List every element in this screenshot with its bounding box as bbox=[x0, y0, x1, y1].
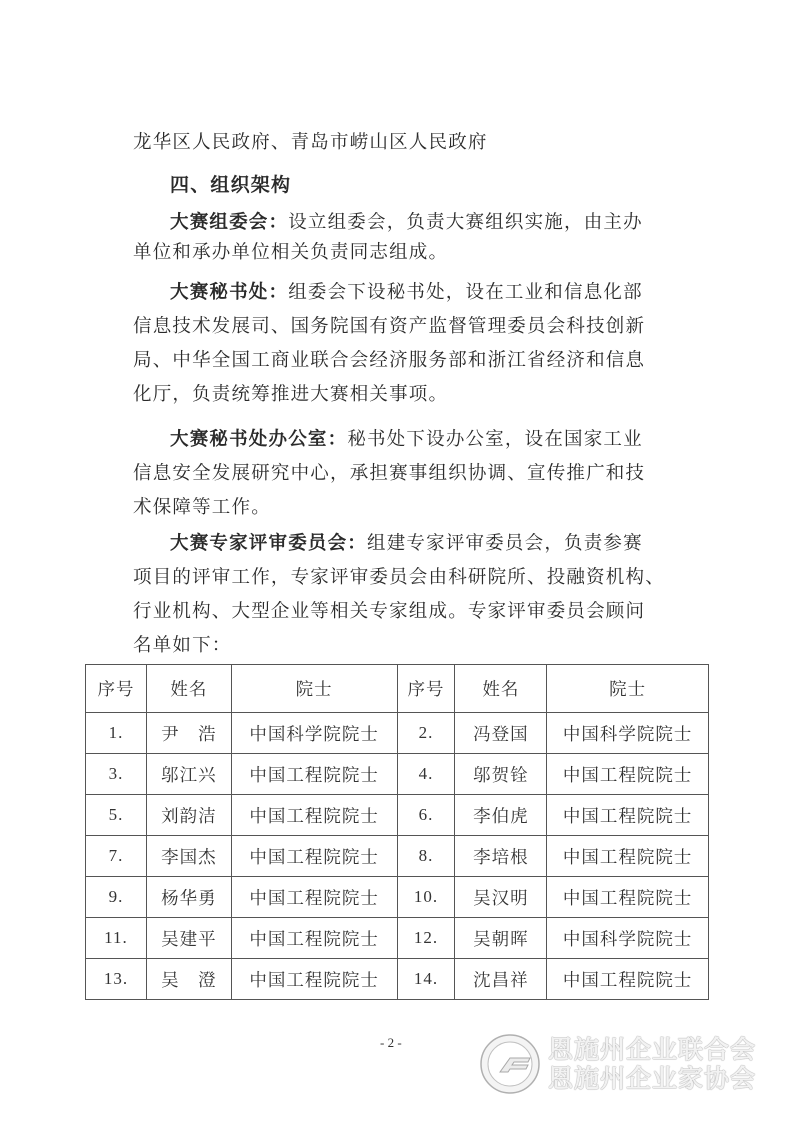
term-label: 大赛秘书处： bbox=[170, 282, 288, 303]
term-label: 大赛专家评审委员会： bbox=[170, 533, 367, 554]
paragraph-line: 化厅，负责统筹推进大赛相关事项。 bbox=[133, 383, 448, 407]
header-index: 序号 bbox=[86, 665, 147, 713]
paragraph-line: 术保障等工作。 bbox=[133, 496, 271, 520]
paragraph-line: 局、中华全国工商业联合会经济服务部和浙江省经济和信息 bbox=[133, 349, 645, 373]
cell-index: 12. bbox=[397, 918, 455, 959]
cell-name: 邬江兴 bbox=[146, 754, 231, 795]
table-row: 5. 刘韵洁 中国工程院院士 6. 李伯虎 中国工程院院士 bbox=[86, 795, 709, 836]
cell-academician: 中国工程院院士 bbox=[547, 877, 709, 918]
paragraph-organizing-committee: 大赛组委会：设立组委会，负责大赛组织实施，由主办 bbox=[170, 211, 643, 235]
paragraph-expert-committee: 大赛专家评审委员会：组建专家评审委员会，负责参赛 bbox=[170, 532, 643, 556]
header-index: 序号 bbox=[397, 665, 455, 713]
cell-name: 刘韵洁 bbox=[146, 795, 231, 836]
cell-index: 3. bbox=[86, 754, 147, 795]
cell-index: 8. bbox=[397, 836, 455, 877]
cell-index: 13. bbox=[86, 959, 147, 1000]
cell-name: 吴汉明 bbox=[455, 877, 547, 918]
cell-academician: 中国工程院院士 bbox=[231, 836, 397, 877]
cell-name: 尹 浩 bbox=[146, 713, 231, 754]
cell-academician: 中国科学院院士 bbox=[231, 713, 397, 754]
paragraph-line: 信息技术发展司、国务院国有资产监督管理委员会科技创新 bbox=[133, 315, 645, 339]
cell-name: 冯登国 bbox=[455, 713, 547, 754]
table-row: 7. 李国杰 中国工程院院士 8. 李培根 中国工程院院士 bbox=[86, 836, 709, 877]
table-row: 3. 邬江兴 中国工程院院士 4. 邬贺铨 中国工程院院士 bbox=[86, 754, 709, 795]
cell-academician: 中国工程院院士 bbox=[231, 877, 397, 918]
table-row: 11. 吴建平 中国工程院院士 12. 吴朝晖 中国科学院院士 bbox=[86, 918, 709, 959]
cell-academician: 中国工程院院士 bbox=[547, 795, 709, 836]
watermark: 恩施州企业联合会 恩施州企业家协会 bbox=[478, 1032, 756, 1096]
section-heading: 四、组织架构 bbox=[170, 173, 291, 197]
cell-index: 9. bbox=[86, 877, 147, 918]
watermark-line1: 恩施州企业联合会 bbox=[548, 1035, 756, 1064]
header-academician: 院士 bbox=[547, 665, 709, 713]
table-row: 1. 尹 浩 中国科学院院士 2. 冯登国 中国科学院院士 bbox=[86, 713, 709, 754]
table-header-row: 序号 姓名 院士 序号 姓名 院士 bbox=[86, 665, 709, 713]
cell-index: 10. bbox=[397, 877, 455, 918]
paragraph-line: 单位和承办单位相关负责同志组成。 bbox=[133, 241, 448, 265]
cell-name: 李培根 bbox=[455, 836, 547, 877]
cell-academician: 中国科学院院士 bbox=[547, 918, 709, 959]
header-name: 姓名 bbox=[455, 665, 547, 713]
cell-name: 李伯虎 bbox=[455, 795, 547, 836]
header-academician: 院士 bbox=[231, 665, 397, 713]
paragraph-secretariat: 大赛秘书处：组委会下设秘书处，设在工业和信息化部 bbox=[170, 281, 643, 305]
paragraph-secretariat-office: 大赛秘书处办公室：秘书处下设办公室，设在国家工业 bbox=[170, 428, 643, 452]
cell-index: 2. bbox=[397, 713, 455, 754]
cell-academician: 中国工程院院士 bbox=[231, 754, 397, 795]
term-label: 大赛秘书处办公室： bbox=[170, 429, 347, 450]
cell-index: 1. bbox=[86, 713, 147, 754]
cell-academician: 中国工程院院士 bbox=[547, 959, 709, 1000]
paragraph-line: 信息安全发展研究中心，承担赛事组织协调、宣传推广和技 bbox=[133, 462, 645, 486]
table-row: 9. 杨华勇 中国工程院院士 10. 吴汉明 中国工程院院士 bbox=[86, 877, 709, 918]
cell-academician: 中国工程院院士 bbox=[547, 836, 709, 877]
cell-name: 吴建平 bbox=[146, 918, 231, 959]
paragraph-line: 项目的评审工作，专家评审委员会由科研院所、投融资机构、 bbox=[133, 566, 665, 590]
cell-index: 11. bbox=[86, 918, 147, 959]
page-number: - 2 - bbox=[380, 1035, 402, 1051]
cell-index: 4. bbox=[397, 754, 455, 795]
paragraph-continuation: 龙华区人民政府、青岛市崂山区人民政府 bbox=[133, 131, 488, 155]
cell-index: 6. bbox=[397, 795, 455, 836]
cell-index: 7. bbox=[86, 836, 147, 877]
advisor-table: 序号 姓名 院士 序号 姓名 院士 1. 尹 浩 中国科学院院士 2. 冯登国 … bbox=[85, 664, 709, 1000]
header-name: 姓名 bbox=[146, 665, 231, 713]
cell-name: 吴朝晖 bbox=[455, 918, 547, 959]
cell-name: 杨华勇 bbox=[146, 877, 231, 918]
enterprise-federation-logo-icon bbox=[478, 1032, 542, 1096]
cell-academician: 中国工程院院士 bbox=[547, 754, 709, 795]
table-row: 13. 吴 澄 中国工程院院士 14. 沈昌祥 中国工程院院士 bbox=[86, 959, 709, 1000]
cell-academician: 中国工程院院士 bbox=[231, 959, 397, 1000]
paragraph-line: 行业机构、大型企业等相关专家组成。专家评审委员会顾问 bbox=[133, 600, 645, 624]
cell-name: 李国杰 bbox=[146, 836, 231, 877]
cell-name: 邬贺铨 bbox=[455, 754, 547, 795]
cell-academician: 中国工程院院士 bbox=[231, 795, 397, 836]
cell-academician: 中国工程院院士 bbox=[231, 918, 397, 959]
term-label: 大赛组委会： bbox=[170, 212, 288, 233]
watermark-line2: 恩施州企业家协会 bbox=[548, 1064, 756, 1093]
cell-name: 沈昌祥 bbox=[455, 959, 547, 1000]
paragraph-line: 名单如下： bbox=[133, 634, 232, 658]
cell-name: 吴 澄 bbox=[146, 959, 231, 1000]
cell-index: 14. bbox=[397, 959, 455, 1000]
cell-academician: 中国科学院院士 bbox=[547, 713, 709, 754]
cell-index: 5. bbox=[86, 795, 147, 836]
